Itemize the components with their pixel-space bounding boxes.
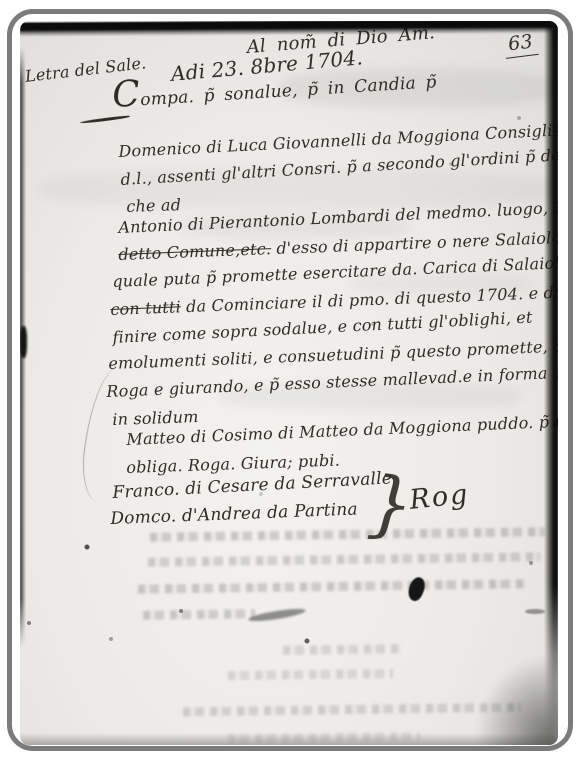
bleed-through-line: [143, 609, 255, 620]
bleed-through-line: [148, 552, 540, 566]
scan-edge-blot: [20, 326, 27, 358]
manuscript-line: in solidum: [112, 407, 199, 429]
struck-text: detto Comune,etc.: [118, 239, 271, 264]
folio-number: 63: [503, 30, 538, 59]
scan-edge-right: [544, 21, 558, 745]
scanned-manuscript-page: Al nom̃ di Dio Am̃. 63 Letra del Sale. A…: [0, 0, 580, 760]
bleed-through-line: [228, 669, 393, 680]
line-text: che ad: [126, 195, 181, 216]
ink-smudge: [248, 607, 307, 624]
bleed-through-line: [283, 644, 401, 655]
scan-corner-shadow: [476, 655, 558, 745]
rogito-mark: Rog: [408, 479, 471, 516]
line-text: in solidum: [112, 407, 199, 429]
signature-line: Domco. d'Andrea da Partina: [110, 499, 358, 528]
bleed-through-line: [150, 527, 545, 542]
scan-edge-top: [20, 21, 558, 37]
manuscript-line: che ad: [126, 195, 181, 216]
witness-brace-flourish: [365, 467, 416, 540]
margin-dash-stroke: [80, 115, 130, 124]
bleed-through-line: [138, 579, 526, 593]
ink-smudge: [525, 609, 545, 614]
bleed-through-line: [183, 703, 521, 717]
manuscript-scan: Al nom̃ di Dio Am̃. 63 Letra del Sale. A…: [20, 21, 558, 745]
struck-text: con tutti: [110, 297, 181, 319]
